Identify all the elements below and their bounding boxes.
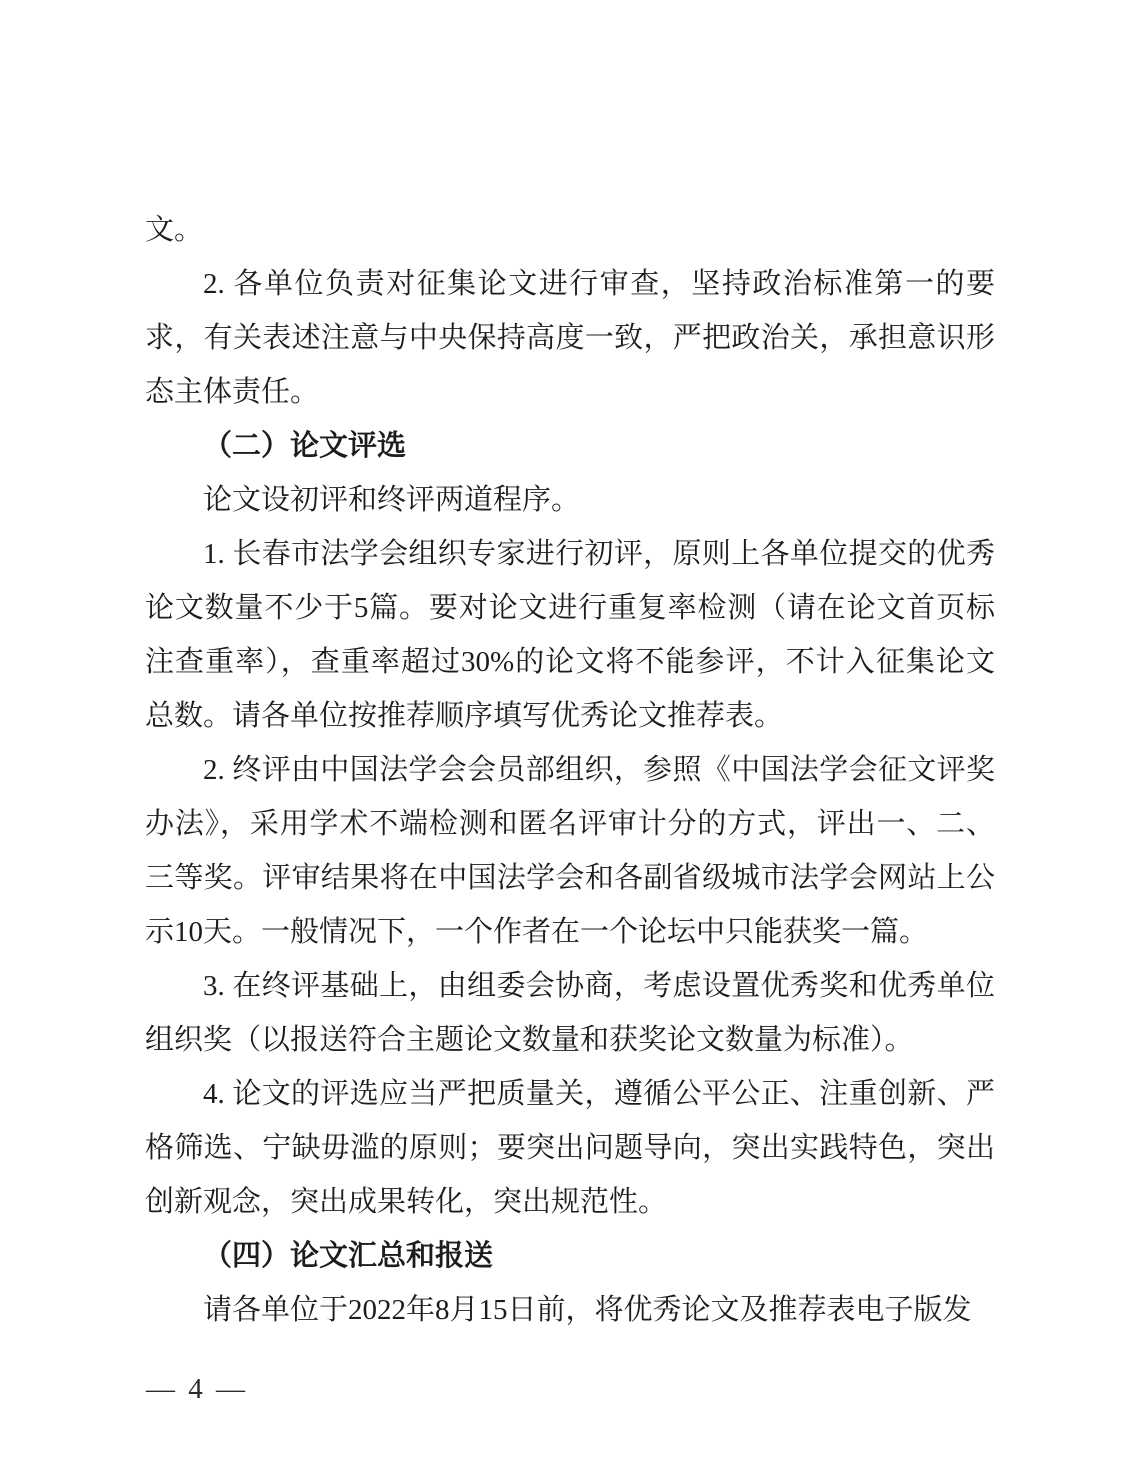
paragraph-continuation: 文。 (145, 203, 995, 257)
section-heading-4: （四）论文汇总和报送 (145, 1229, 995, 1283)
paragraph: 3. 在终评基础上，由组委会协商，考虑设置优秀奖和优秀单位组织奖（以报送符合主题… (145, 959, 995, 1067)
section-heading-2: （二）论文评选 (145, 419, 995, 473)
document-body: 文。 2. 各单位负责对征集论文进行审查，坚持政治标准第一的要求，有关表述注意与… (145, 203, 995, 1337)
paragraph: 4. 论文的评选应当严把质量关，遵循公平公正、注重创新、严格筛选、宁缺毋滥的原则… (145, 1067, 995, 1229)
paragraph: 论文设初评和终评两道程序。 (145, 473, 995, 527)
paragraph: 2. 各单位负责对征集论文进行审查，坚持政治标准第一的要求，有关表述注意与中央保… (145, 257, 995, 419)
paragraph: 1. 长春市法学会组织专家进行初评，原则上各单位提交的优秀论文数量不少于5篇。要… (145, 527, 995, 743)
page-number: — 4 — (146, 1372, 248, 1406)
document-page: 文。 2. 各单位负责对征集论文进行审查，坚持政治标准第一的要求，有关表述注意与… (0, 0, 1133, 1467)
paragraph: 2. 终评由中国法学会会员部组织，参照《中国法学会征文评奖办法》，采用学术不端检… (145, 743, 995, 959)
paragraph: 请各单位于2022年8月15日前，将优秀论文及推荐表电子版发 (145, 1283, 995, 1337)
